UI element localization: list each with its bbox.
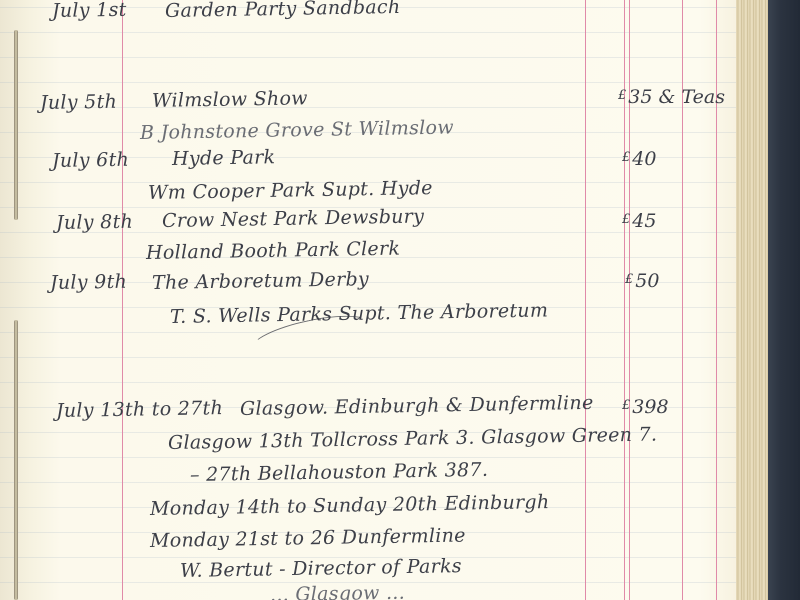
entry-description: Crow Nest Park Dewsbury — [162, 205, 425, 232]
margin-line — [122, 0, 123, 600]
entry-amount: £40 — [622, 148, 656, 170]
entry-date: July 1st — [52, 0, 127, 22]
entry-date: July 5th — [40, 91, 117, 114]
entry-amount: £35 & Teas — [618, 86, 725, 108]
entry-date: July 13th to 27th — [56, 397, 223, 422]
binding-stitch — [14, 320, 18, 600]
column-line — [585, 0, 586, 600]
entry-date: July 9th — [50, 271, 127, 294]
entry-description: Wilmslow Show — [152, 87, 308, 112]
ledger-page: July 1st Garden Party Sandbach July 5th … — [0, 0, 760, 600]
entry-description: Hyde Park — [172, 146, 276, 170]
entry-description: The Arboretum Derby — [152, 268, 369, 294]
partial-line: ... Glasgow ... — [270, 582, 405, 600]
entry-date: July 8th — [56, 211, 133, 234]
entry-date: July 6th — [52, 149, 129, 172]
page-edges — [736, 0, 768, 600]
binding-stitch — [14, 30, 18, 220]
entry-amount: £50 — [625, 270, 659, 292]
book-cover — [768, 0, 800, 600]
entry-note: Holland Booth Park Clerk — [146, 238, 401, 264]
entry-amount: £398 — [622, 396, 669, 418]
entry-amount: £45 — [622, 210, 656, 232]
